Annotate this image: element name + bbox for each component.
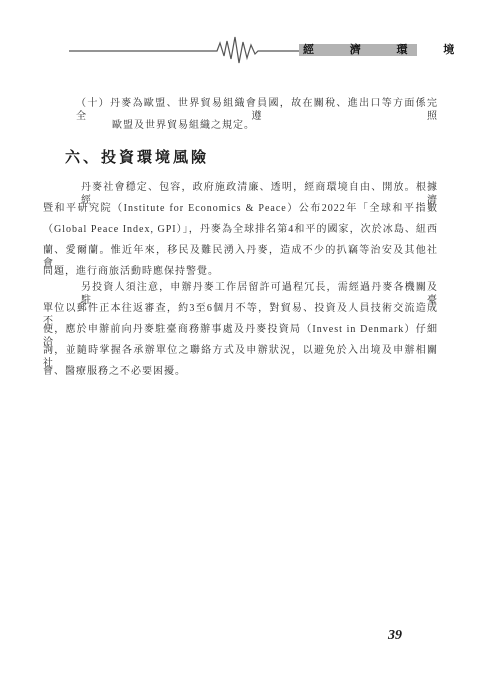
header-title: 經 濟 環 境 [303,44,471,56]
list-item-10-line-2: 歐盟及世界貿易組織之規定。 [112,119,255,132]
document-page: 經 濟 環 境 （十）丹麥為歐盟、世界貿易組織會員國，故在關稅、進出口等方面係完… [0,0,480,679]
section-heading: 六、投資環境風險 [65,146,209,167]
para-permit-line-5: 會、醫療服務之不必要困擾。 [43,365,186,378]
page-number: 39 [388,628,402,644]
para-stability-line-3: （Global Peace Index, GPI）」，丹麥為全球排名第4和平的國… [43,223,438,236]
para-stability-line-2: 暨和平研究院（Institute for Economics & Peace）公… [43,202,438,215]
para-stability-line-5: 問題，進行商旅活動時應保持警覺。 [43,265,219,278]
